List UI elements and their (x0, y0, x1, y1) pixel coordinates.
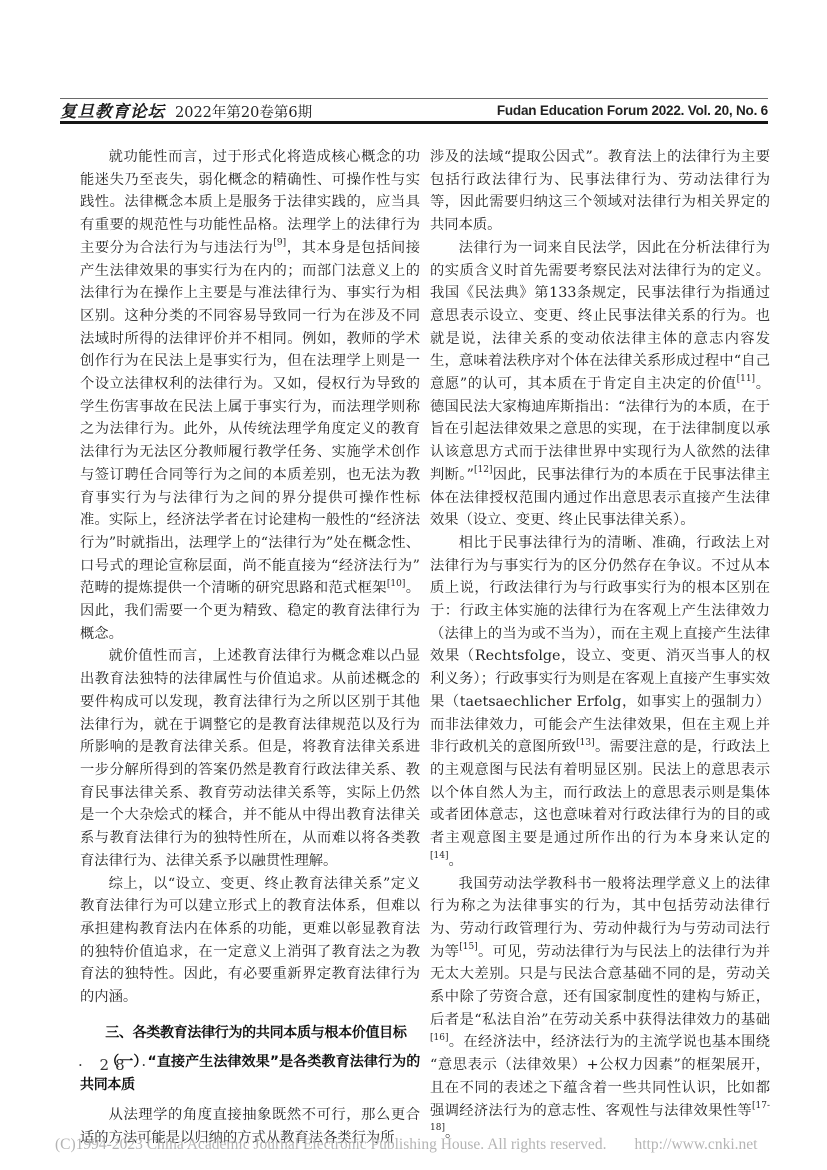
footnote-ref: [14] (430, 851, 448, 861)
footnote-ref: [17-18] (430, 1101, 770, 1134)
paragraph: 我国劳动法学教科书一般将法理学意义上的法律行为称之为法律事实的行为，其中包括劳动… (430, 873, 770, 1145)
journal-title-en: Fudan Education Forum 2022. Vol. 20, No.… (497, 103, 768, 118)
paragraph: 就价值性而言，上述教育法律行为概念难以凸显出教育法独特的法律属性与价值追求。从前… (80, 645, 420, 872)
footnote-ref: [13] (576, 738, 594, 748)
cnki-url: http://www.cnki.net (634, 1136, 757, 1153)
footnote-ref: [12] (474, 465, 492, 475)
footnote-ref: [10] (387, 579, 405, 589)
journal-header: 复旦教育论坛2022年第20卷第6期 Fudan Education Forum… (60, 98, 768, 124)
section-heading: 三、各类教育法律行为的共同本质与根本价值目标 (80, 1022, 420, 1045)
paragraph: 法律行为一词来自民法学，因此在分析法律行为的实质含义时首先需要考察民法对法律行为… (430, 237, 770, 532)
footnote-ref: [9] (273, 238, 286, 248)
footnote-ref: [16] (430, 1033, 448, 1043)
paragraph: 综上，以“设立、变更、终止教育法律关系”定义教育法律行为可以建立形式上的教育法体… (80, 873, 420, 1009)
footnote-ref: [11] (737, 374, 755, 384)
copyright-text: (C)1994-2023 China Academic Journal Elec… (55, 1136, 606, 1153)
paragraph: 涉及的法域“提取公因式”。教育法上的法律行为主要包括行政法律行为、民事法律行为、… (430, 146, 770, 237)
footnote-ref: [15] (459, 942, 477, 952)
paragraph: 相比于民事法律行为的清晰、准确，行政法上对法律行为与事实行为的区分仍然存在争议。… (430, 532, 770, 873)
journal-issue-cn: 2022年第20卷第6期 (175, 105, 312, 121)
left-column: 就功能性而言，过于形式化将造成核心概念的功能迷失乃至丧失，弱化概念的精确性、可操… (80, 146, 420, 1149)
right-column: 涉及的法域“提取公因式”。教育法上的法律行为主要包括行政法律行为、民事法律行为、… (430, 146, 770, 1145)
scan-footer: (C)1994-2023 China Academic Journal Elec… (55, 1136, 815, 1154)
journal-title-cn: 复旦教育论坛 (60, 102, 165, 121)
header-left: 复旦教育论坛2022年第20卷第6期 (60, 98, 312, 122)
paragraph: 就功能性而言，过于形式化将造成核心概念的功能迷失乃至丧失，弱化概念的精确性、可操… (80, 146, 420, 645)
page-number: · 28 · (78, 1056, 152, 1074)
journal-page: 复旦教育论坛2022年第20卷第6期 Fudan Education Forum… (0, 0, 827, 1170)
